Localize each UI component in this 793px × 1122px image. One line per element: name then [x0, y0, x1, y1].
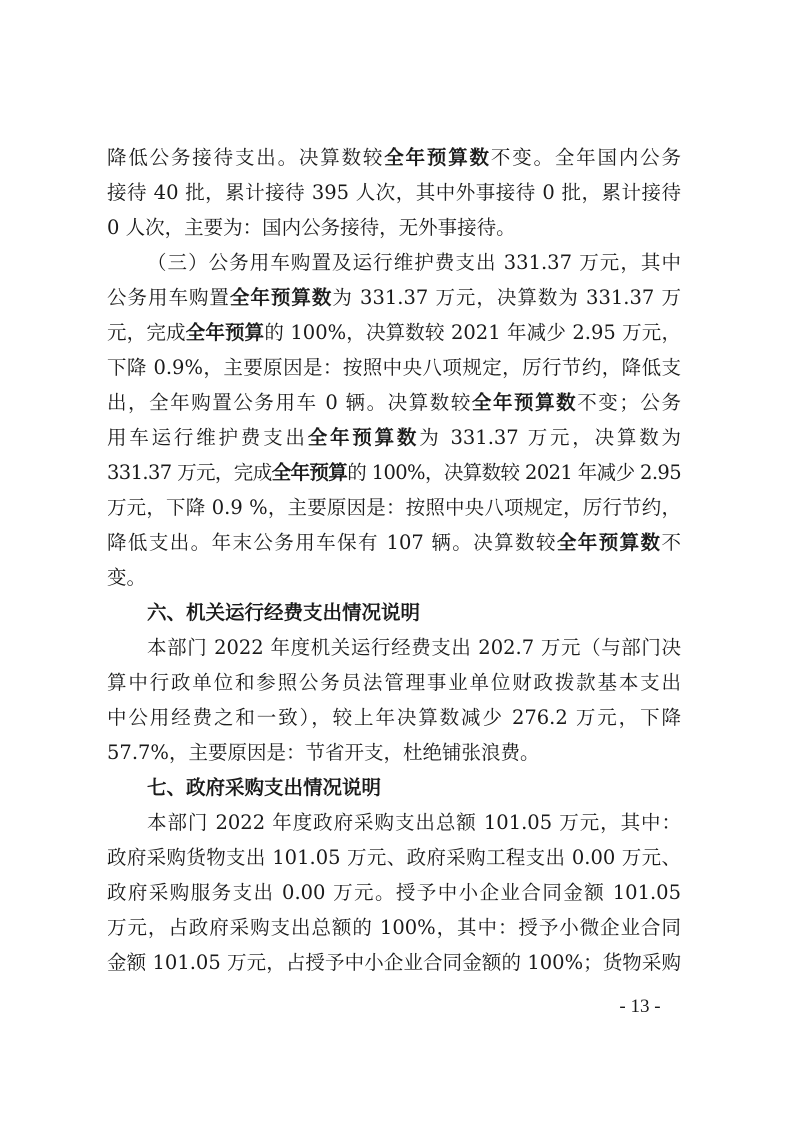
- text-run: 出，全年购置公务用车 0 辆。决算数较: [107, 391, 472, 414]
- paragraph-line: 万元，占政府采购支出总额的 100%，其中：授予小微企业合同: [107, 910, 681, 945]
- paragraph-line: 降低公务接待支出。决算数较全年预算数不变。全年国内公务: [107, 140, 681, 175]
- paragraph-line: 元，完成全年预算的 100%，决算数较 2021 年减少 2.95 万元，: [107, 315, 681, 350]
- bold-term: 全年预算数: [230, 286, 332, 309]
- text-run: 万元，占政府采购支出总额的 100%，其中：授予小微企业合同: [107, 916, 681, 939]
- bold-term: 全年预算数: [557, 531, 662, 554]
- section-heading-6: 六、机关运行经费支出情况说明: [147, 595, 681, 630]
- paragraph-line: （三）公务用车购置及运行维护费支出 331.37 万元，其中: [147, 245, 681, 280]
- paragraph-line: 57.7%，主要原因是：节省开支，杜绝铺张浪费。: [107, 735, 681, 770]
- paragraph-line: 算中行政单位和参照公务员法管理事业单位财政拨款基本支出: [107, 665, 681, 700]
- page-number: - 13 -: [600, 993, 680, 1021]
- text-run: 万元，下降 0.9 %，主要原因是：按照中央八项规定，厉行节约，: [107, 496, 681, 519]
- text-run: 不变；公务: [577, 391, 681, 414]
- document-page: 降低公务接待支出。决算数较全年预算数不变。全年国内公务 接待 40 批，累计接待…: [0, 0, 793, 1122]
- text-run: 下降 0.9%，主要原因是：按照中央八项规定，厉行节约，降低支: [107, 356, 681, 379]
- text-run: 接待 40 批，累计接待 395 人次，其中外事接待 0 批，累计接待: [107, 181, 681, 204]
- text-run: 本部门 2022 年度政府采购支出总额 101.05 万元，其中：: [147, 811, 681, 834]
- text-run: 政府采购服务支出 0.00 万元。授予中小企业合同金额 101.05: [107, 881, 681, 904]
- bold-term: 全年预算数: [384, 146, 491, 169]
- paragraph-line: 出，全年购置公务用车 0 辆。决算数较全年预算数不变；公务: [107, 385, 681, 420]
- paragraph-line: 金额 101.05 万元，占授予中小企业合同金额的 100%；货物采购: [107, 945, 681, 980]
- paragraph-line: 下降 0.9%，主要原因是：按照中央八项规定，厉行节约，降低支: [107, 350, 681, 385]
- paragraph-line: 降低支出。年末公务用车保有 107 辆。决算数较全年预算数不: [107, 525, 681, 560]
- text-run: 的 100%，决算数较 2021 年减少 2.95 万元，: [264, 321, 681, 344]
- paragraph-line: 接待 40 批，累计接待 395 人次，其中外事接待 0 批，累计接待: [107, 175, 681, 210]
- text-run: （三）公务用车购置及运行维护费支出 331.37 万元，其中: [147, 251, 681, 274]
- text-run: 元，完成: [107, 321, 186, 344]
- text-run: 为 331.37 万元，决算数为: [419, 426, 681, 449]
- heading-text: 六、机关运行经费支出情况说明: [147, 601, 420, 624]
- paragraph-line: 331.37 万元，完成全年预算的 100%，决算数较 2021 年减少 2.9…: [107, 455, 681, 490]
- paragraph-line: 中公用经费之和一致），较上年决算数减少 276.2 万元，下降: [107, 700, 681, 735]
- bold-term: 全年预算: [186, 321, 265, 344]
- text-run: 用车运行维护费支出: [107, 426, 308, 449]
- text-run: 不: [661, 531, 681, 554]
- text-run: 政府采购货物支出 101.05 万元、政府采购工程支出 0.00 万元、: [107, 846, 681, 869]
- text-run: 降低公务接待支出。决算数较: [107, 146, 384, 169]
- text-run: 331.37 万元，完成: [107, 461, 272, 484]
- text-run: 的 100%，决算数较 2021 年减少 2.95: [347, 461, 681, 484]
- text-run: 本部门 2022 年度机关运行经费支出 202.7 万元（与部门决: [147, 636, 681, 659]
- text-run: 57.7%，主要原因是：节省开支，杜绝铺张浪费。: [107, 741, 539, 764]
- text-run: 降低支出。年末公务用车保有 107 辆。决算数较: [107, 531, 557, 554]
- bold-term: 全年预算数: [472, 391, 577, 414]
- bold-term: 全年预算数: [308, 426, 420, 449]
- paragraph-line: 用车运行维护费支出全年预算数为 331.37 万元，决算数为: [107, 420, 681, 455]
- paragraph-line: 政府采购货物支出 101.05 万元、政府采购工程支出 0.00 万元、: [107, 840, 681, 875]
- bold-term: 全年预算: [272, 461, 348, 484]
- text-run: 金额 101.05 万元，占授予中小企业合同金额的 100%；货物采购: [107, 951, 681, 974]
- text-run: 中公用经费之和一致），较上年决算数减少 276.2 万元，下降: [107, 706, 681, 729]
- text-run: 0 人次，主要为：国内公务接待，无外事接待。: [107, 216, 516, 239]
- paragraph-line: 本部门 2022 年度机关运行经费支出 202.7 万元（与部门决: [147, 630, 681, 665]
- paragraph-line: 万元，下降 0.9 %，主要原因是：按照中央八项规定，厉行节约，: [107, 490, 681, 525]
- text-run: 不变。全年国内公务: [491, 146, 681, 169]
- paragraph-line: 公务用车购置全年预算数为 331.37 万元，决算数为 331.37 万: [107, 280, 681, 315]
- heading-text: 七、政府采购支出情况说明: [147, 776, 381, 799]
- paragraph-line: 变。: [107, 560, 681, 595]
- text-run: 为 331.37 万元，决算数为 331.37 万: [332, 286, 681, 309]
- paragraph-line: 0 人次，主要为：国内公务接待，无外事接待。: [107, 210, 681, 245]
- paragraph-line: 本部门 2022 年度政府采购支出总额 101.05 万元，其中：: [147, 805, 681, 840]
- text-run: 算中行政单位和参照公务员法管理事业单位财政拨款基本支出: [107, 671, 681, 694]
- paragraph-line: 政府采购服务支出 0.00 万元。授予中小企业合同金额 101.05: [107, 875, 681, 910]
- text-run: 变。: [107, 566, 146, 589]
- text-run: 公务用车购置: [107, 286, 230, 309]
- section-heading-7: 七、政府采购支出情况说明: [147, 770, 681, 805]
